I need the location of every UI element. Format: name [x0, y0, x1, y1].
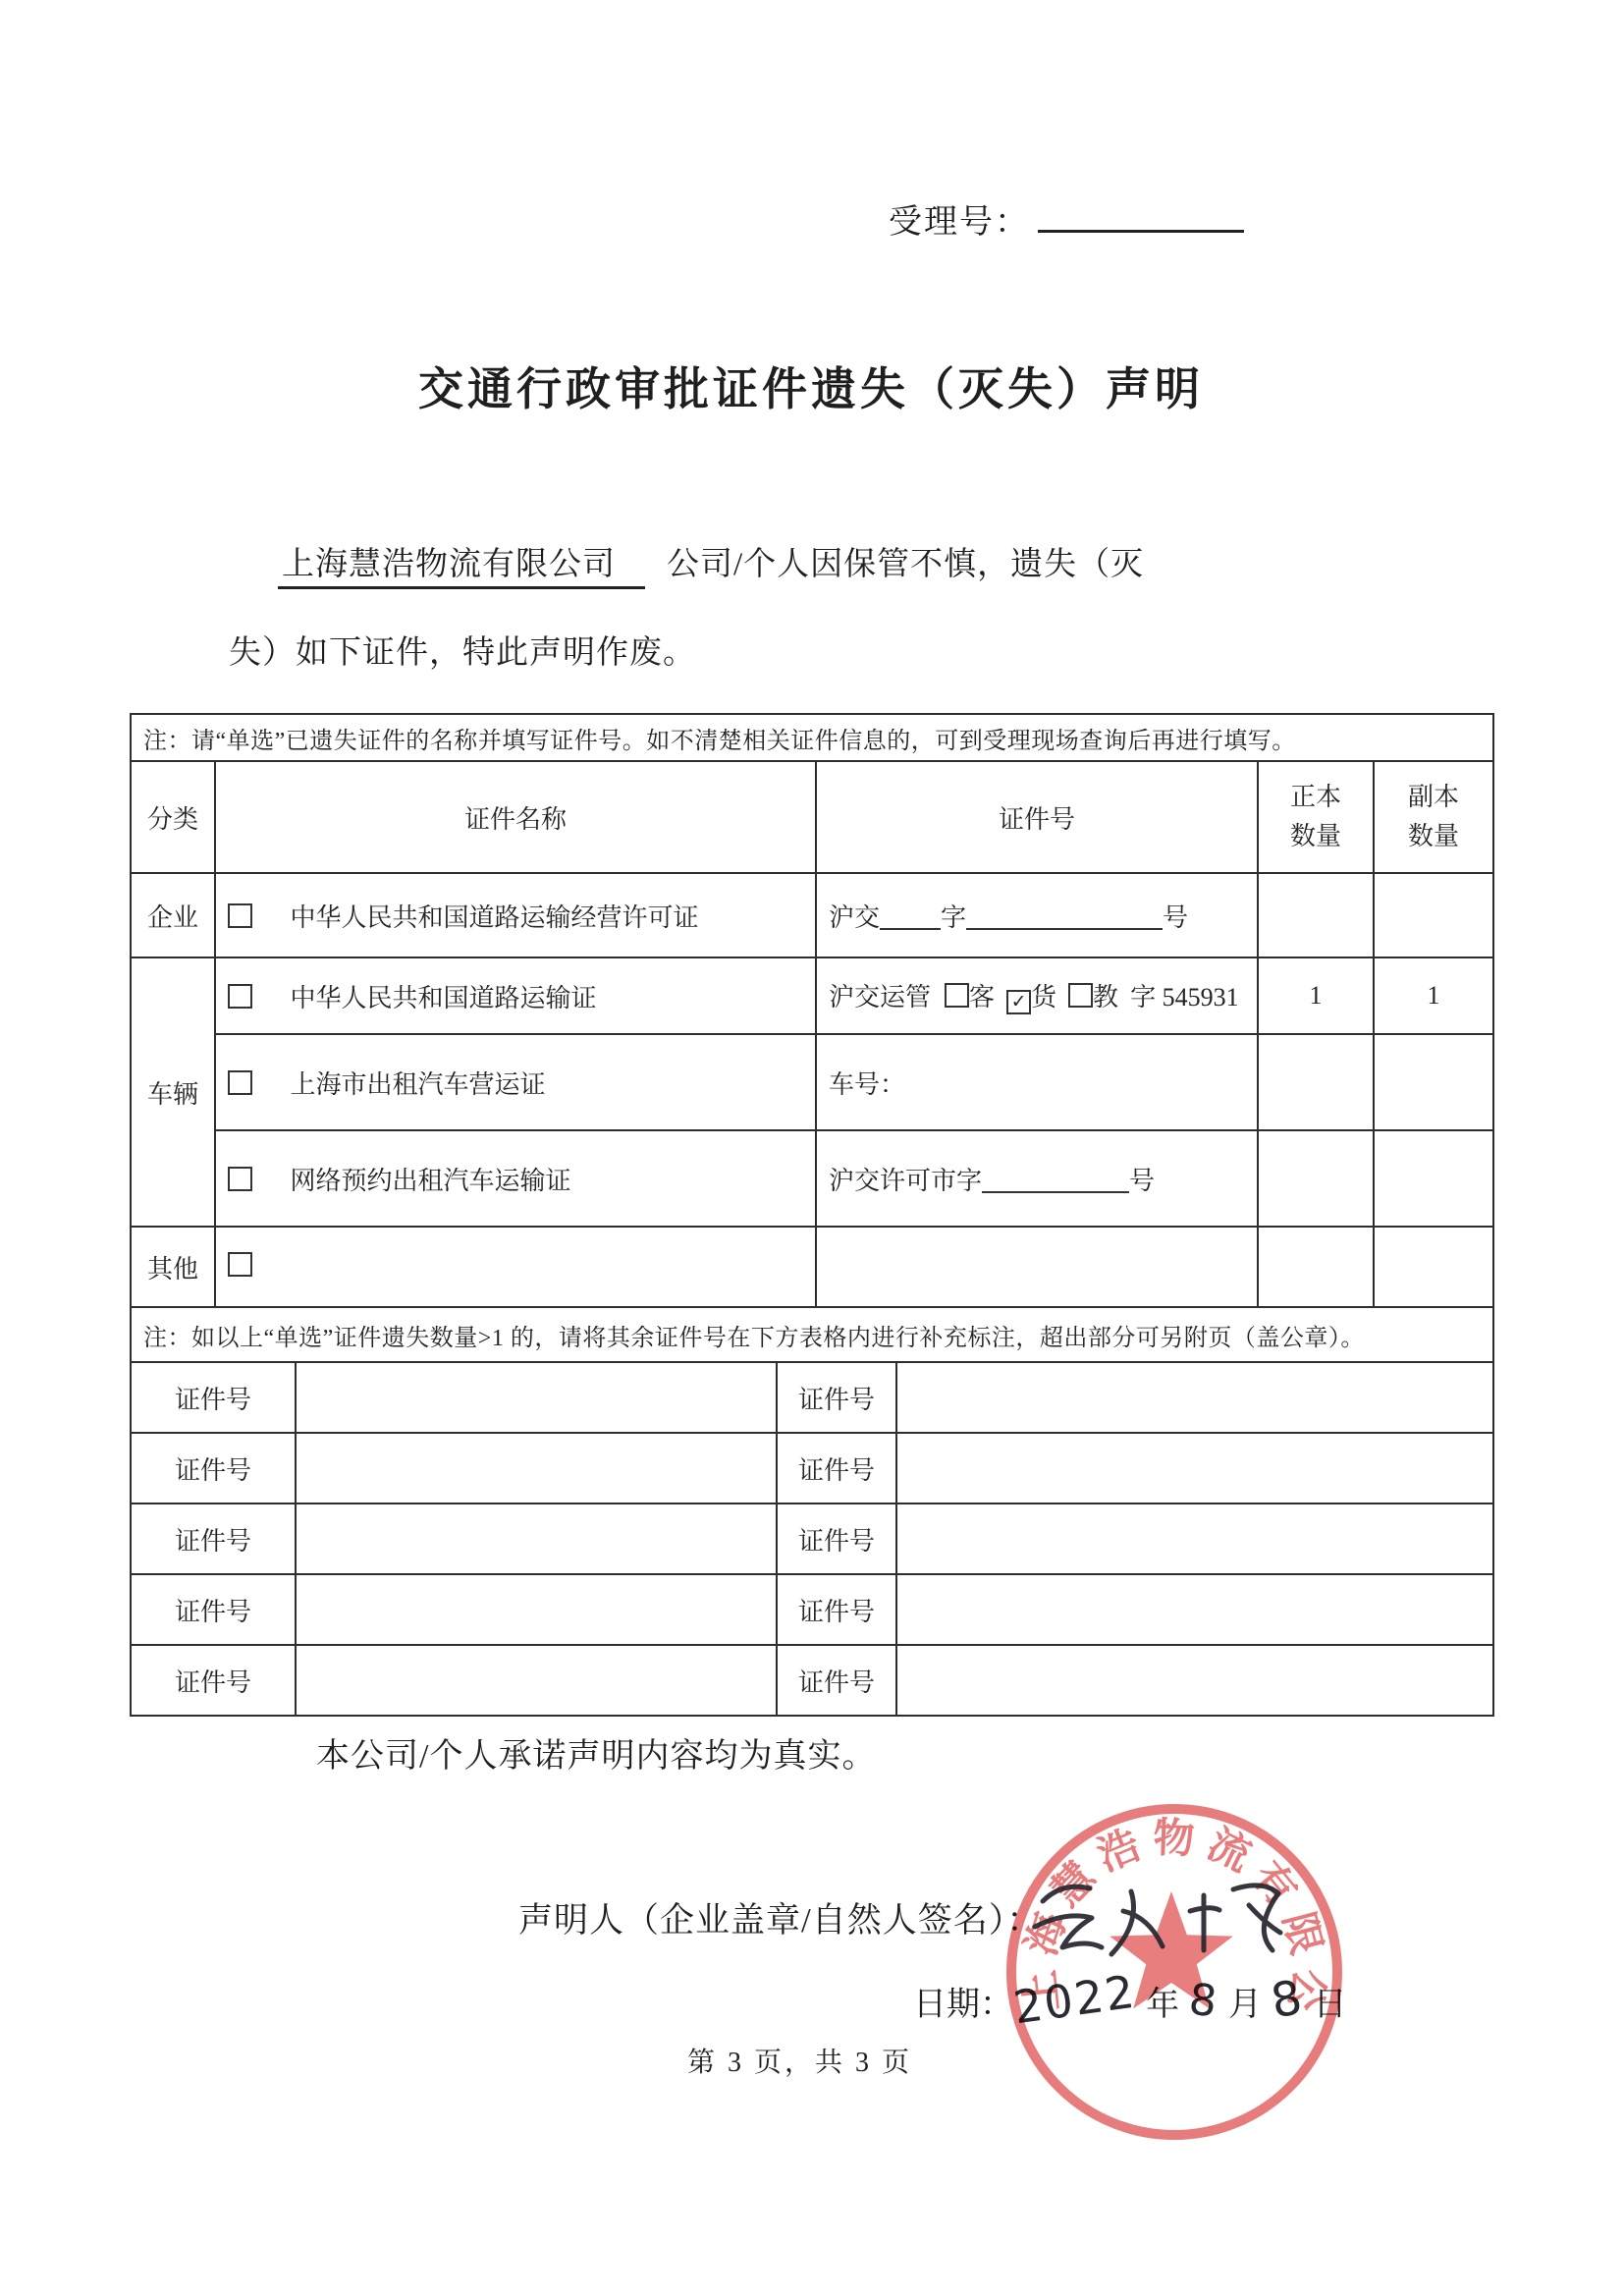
intro-line-2: 失）如下证件，特此声明作废。 — [229, 627, 696, 673]
cell-taxi-copy-count — [1374, 1034, 1493, 1130]
extra-number-label: 证件号 — [777, 1503, 896, 1574]
extra-number-blank — [296, 1433, 777, 1503]
extra-number-label: 证件号 — [777, 1574, 896, 1645]
cell-online-taxi-name: 网络预约出租汽车运输证 — [215, 1130, 816, 1227]
online-taxi-label: 网络预约出租汽车运输证 — [291, 1167, 571, 1195]
extra-number-blank — [296, 1574, 777, 1645]
road-transport-number-value: 字 545931 — [1130, 983, 1239, 1011]
handwritten-signature — [1021, 1864, 1316, 1972]
checkbox-online-taxi — [228, 1167, 252, 1191]
company-name-underlined: 上海慧浩物流有限公司 — [278, 547, 645, 589]
blank-underline — [982, 1162, 1129, 1193]
extra-number-label: 证件号 — [131, 1503, 296, 1574]
road-transport-label: 中华人民共和国道路运输证 — [291, 984, 597, 1012]
category-vehicle: 车辆 — [131, 957, 215, 1227]
table-header-row: 分类 证件名称 证件号 正本 数量 副本 数量 — [131, 761, 1493, 873]
checkbox-passenger — [945, 983, 969, 1008]
checkbox-other — [228, 1252, 252, 1277]
table-note-row-2: 注：如以上“单选”证件遗失数量>1 的，请将其余证件号在下方表格内进行补充标注，… — [131, 1307, 1493, 1362]
extra-number-row: 证件号 证件号 — [131, 1362, 1493, 1433]
blank-underline — [880, 899, 941, 930]
option-training: 教 — [1068, 983, 1118, 1011]
cell-road-license-number: 沪交字号 — [816, 873, 1258, 957]
col-header-original-count: 正本 数量 — [1258, 761, 1374, 873]
cell-online-taxi-number: 沪交许可市字号 — [816, 1130, 1258, 1227]
checkbox-taxi — [228, 1070, 252, 1095]
checkbox-freight-checked: ✓ — [1006, 990, 1031, 1014]
row-enterprise-road-license: 企业 中华人民共和国道路运输经营许可证 沪交字号 — [131, 873, 1493, 957]
cell-road-transport-original-count: 1 — [1258, 957, 1374, 1034]
cell-other-number — [816, 1227, 1258, 1307]
extra-number-blank — [896, 1503, 1493, 1574]
cell-other-copy-count — [1374, 1227, 1493, 1307]
extra-number-label: 证件号 — [777, 1362, 896, 1433]
promise-statement: 本公司/个人承诺声明内容均为真实。 — [316, 1728, 876, 1777]
table-note-1: 注：请“单选”已遗失证件的名称并填写证件号。如不清楚相关证件信息的，可到受理现场… — [131, 714, 1493, 761]
row-taxi-cert: 上海市出租汽车营运证 车号： — [131, 1034, 1493, 1130]
extra-number-label: 证件号 — [131, 1645, 296, 1716]
cell-road-transport-number: 沪交运管客✓货教字 545931 — [816, 957, 1258, 1034]
road-license-label: 中华人民共和国道路运输经营许可证 — [291, 903, 699, 932]
col-header-cert-number: 证件号 — [816, 761, 1258, 873]
page-number-footer: 第 3 页，共 3 页 — [687, 2041, 912, 2080]
extra-number-label: 证件号 — [131, 1433, 296, 1503]
cell-online-taxi-original-count — [1258, 1130, 1374, 1227]
acceptance-label: 受理号： — [889, 204, 1030, 241]
cell-online-taxi-copy-count — [1374, 1130, 1493, 1227]
extra-number-label: 证件号 — [777, 1645, 896, 1716]
cell-road-transport-copy-count: 1 — [1374, 957, 1493, 1034]
declarer-label: 声明人（企业盖章/自然人签名）： — [518, 1893, 1042, 1942]
certificate-main-table: 注：请“单选”已遗失证件的名称并填写证件号。如不清楚相关证件信息的，可到受理现场… — [130, 713, 1494, 1308]
extra-number-label: 证件号 — [777, 1433, 896, 1503]
row-online-taxi-cert: 网络预约出租汽车运输证 沪交许可市字号 — [131, 1130, 1493, 1227]
extra-number-label: 证件号 — [131, 1574, 296, 1645]
col-header-cert-name: 证件名称 — [215, 761, 816, 873]
intro-line-1: 上海慧浩物流有限公司公司/个人因保管不慎，遗失（灭 — [278, 538, 1144, 584]
category-enterprise: 企业 — [131, 873, 215, 957]
extra-number-blank — [896, 1433, 1493, 1503]
cell-road-license-copy-count — [1374, 873, 1493, 957]
certificate-table: 注：请“单选”已遗失证件的名称并填写证件号。如不清楚相关证件信息的，可到受理现场… — [130, 713, 1492, 1717]
checkbox-road-license — [228, 903, 252, 928]
intro-line-1-rest: 公司/个人因保管不慎，遗失（灭 — [667, 547, 1144, 582]
scanned-declaration-page: 受理号： 交通行政审批证件遗失（灭失）声明 上海慧浩物流有限公司公司/个人因保管… — [0, 0, 1624, 2296]
table-note-row-1: 注：请“单选”已遗失证件的名称并填写证件号。如不清楚相关证件信息的，可到受理现场… — [131, 714, 1493, 761]
col-header-copy-count: 副本 数量 — [1374, 761, 1493, 873]
extra-number-blank — [296, 1362, 777, 1433]
extra-number-row: 证件号 证件号 — [131, 1574, 1493, 1645]
cell-other-original-count — [1258, 1227, 1374, 1307]
cell-taxi-name: 上海市出租汽车营运证 — [215, 1034, 816, 1130]
option-group: 客✓货教 — [945, 983, 1130, 1011]
blank-underline — [966, 899, 1163, 930]
page-title: 交通行政审批证件遗失（灭失）声明 — [130, 354, 1492, 418]
extra-number-row: 证件号 证件号 — [131, 1433, 1493, 1503]
extra-number-blank — [896, 1645, 1493, 1716]
cell-other-name — [215, 1227, 816, 1307]
cell-taxi-number: 车号： — [816, 1034, 1258, 1130]
extra-certificate-numbers-table: 注：如以上“单选”证件遗失数量>1 的，请将其余证件号在下方表格内进行补充标注，… — [130, 1306, 1494, 1717]
option-passenger: 客 — [945, 983, 995, 1011]
cell-taxi-original-count — [1258, 1034, 1374, 1130]
col-header-category: 分类 — [131, 761, 215, 873]
extra-number-row: 证件号 证件号 — [131, 1645, 1493, 1716]
extra-number-label: 证件号 — [131, 1362, 296, 1433]
extra-number-blank — [896, 1362, 1493, 1433]
acceptance-blank-underline — [1038, 196, 1244, 233]
extra-number-blank — [896, 1574, 1493, 1645]
cell-road-license-name: 中华人民共和国道路运输经营许可证 — [215, 873, 816, 957]
table-note-2: 注：如以上“单选”证件遗失数量>1 的，请将其余证件号在下方表格内进行补充标注，… — [131, 1307, 1493, 1362]
category-other: 其他 — [131, 1227, 215, 1307]
taxi-label: 上海市出租汽车营运证 — [291, 1070, 546, 1099]
row-road-transport-cert: 车辆 中华人民共和国道路运输证 沪交运管客✓货教字 545931 1 1 — [131, 957, 1493, 1034]
company-seal-stamp: 上海慧浩物流有限公司 — [998, 1795, 1351, 2149]
checkbox-road-transport — [228, 984, 252, 1009]
extra-number-row: 证件号 证件号 — [131, 1503, 1493, 1574]
acceptance-number-line: 受理号： — [889, 194, 1244, 243]
extra-number-blank — [296, 1503, 777, 1574]
option-freight: ✓货 — [1006, 983, 1056, 1011]
extra-number-blank — [296, 1645, 777, 1716]
cell-road-transport-name: 中华人民共和国道路运输证 — [215, 957, 816, 1034]
cell-road-license-original-count — [1258, 873, 1374, 957]
row-other: 其他 — [131, 1227, 1493, 1307]
checkbox-training — [1068, 983, 1093, 1008]
